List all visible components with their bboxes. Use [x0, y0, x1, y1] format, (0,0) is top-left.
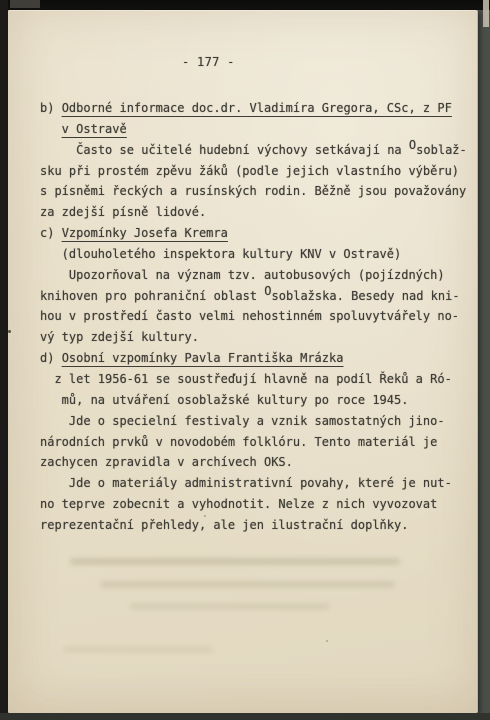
text-line: národních prvků v novodobém folklóru. Te… — [40, 432, 472, 453]
line-text: hou v prostředí často velmi nehostinném … — [40, 309, 459, 323]
text-line: zachycen zpravidla v archívech OKS. — [40, 452, 472, 473]
line-text: s písněmi řeckých a rusínských rodin. Bě… — [40, 184, 466, 198]
paper-speck — [204, 515, 206, 517]
scan-border-top — [0, 0, 490, 10]
line-text: Jde o materiály administrativní povahy, … — [69, 476, 452, 490]
text-line: s písněmi řeckých a rusínských rodin. Bě… — [40, 181, 472, 202]
text-line: za zdejší písně lidové. — [40, 202, 472, 223]
document-page: - 177 - b) Odborné informace doc.dr. Vla… — [8, 10, 477, 713]
text-line: z let 1956-61 se soustřeďují hlavně na p… — [40, 369, 472, 390]
line-text: knihoven pro pohraniční oblast Osoblažsk… — [40, 284, 460, 303]
line-text: zachycen zpravidla v archívech OKS. — [40, 455, 293, 469]
show-through-smudge — [130, 603, 330, 610]
line-text: no teprve zobecnit a vyhodnotit. Nelze z… — [40, 497, 437, 511]
line-text: (dlouholetého inspektora kultury KNV v O… — [62, 247, 402, 261]
text-line: Upozorňoval na význam tzv. autobusových … — [40, 265, 472, 286]
scan-border-bottom — [0, 713, 490, 720]
heading-line: v Ostravě — [40, 119, 472, 140]
heading-line: d) Osobní vzpomínky Pavla Františka Mráz… — [40, 348, 472, 369]
line-text: Upozorňoval na význam tzv. autobusových … — [69, 268, 445, 282]
show-through-smudge — [63, 646, 213, 653]
section-label: b) — [40, 101, 62, 115]
text-line: Jde o specielní festivaly a vznik samost… — [40, 411, 472, 432]
paper-speck — [326, 640, 328, 642]
line-text: reprezentační přehledy, ale jen ilustrač… — [40, 518, 408, 532]
line-text: sku při prostém zpěvu žáků (podle jejich… — [40, 164, 459, 178]
text-line: vý typ zdejší kultury. — [40, 327, 472, 348]
text-line: no teprve zobecnit a vyhodnotit. Nelze z… — [40, 494, 472, 515]
text-line: Jde o materiály administrativní povahy, … — [40, 473, 472, 494]
show-through-smudge — [70, 558, 400, 565]
line-text: v Ostravě — [62, 122, 127, 136]
raised-character: O — [264, 284, 271, 298]
page-number: - 177 - — [182, 52, 235, 73]
text-line: (dlouholetého inspektora kultury KNV v O… — [40, 244, 472, 265]
line-text: mů, na utváření osoblažské kultury po ro… — [62, 393, 409, 407]
text-line: sku při prostém zpěvu žáků (podle jejich… — [40, 161, 472, 182]
line-text: Často se učitelé hudební výchovy setkáva… — [76, 138, 467, 157]
line-text: vý typ zdejší kultury. — [40, 330, 199, 344]
typewritten-text-block: b) Odborné informace doc.dr. Vladimíra G… — [40, 98, 472, 536]
paper-speck — [8, 330, 11, 333]
adjacent-page-edge — [483, 0, 489, 27]
text-line: hou v prostředí často velmi nehostinném … — [40, 306, 472, 327]
section-label: c) — [40, 226, 62, 240]
scan-artifact-top-left — [10, 0, 40, 8]
line-text: z let 1956-61 se soustřeďují hlavně na p… — [54, 372, 451, 386]
text-line: mů, na utváření osoblažské kultury po ro… — [40, 390, 472, 411]
raised-character: O — [409, 138, 416, 152]
line-text: Osobní vzpomínky Pavla Františka Mrázka — [62, 351, 344, 365]
section-label: d) — [40, 351, 62, 365]
text-line: reprezentační přehledy, ale jen ilustrač… — [40, 515, 472, 536]
line-text: za zdejší písně lidové. — [40, 205, 206, 219]
scan-border-left — [0, 0, 8, 720]
text-line: knihoven pro pohraniční oblast Osoblažsk… — [40, 286, 472, 307]
line-text: národních prvků v novodobém folklóru. Te… — [40, 435, 437, 449]
line-text: Jde o specielní festivaly a vznik samost… — [69, 414, 445, 428]
heading-line: b) Odborné informace doc.dr. Vladimíra G… — [40, 98, 472, 119]
line-text: Odborné informace doc.dr. Vladimíra Greg… — [62, 101, 452, 115]
text-line: Často se učitelé hudební výchovy setkáva… — [40, 140, 472, 161]
line-text: Vzpomínky Josefa Kremra — [62, 226, 228, 240]
heading-line: c) Vzpomínky Josefa Kremra — [40, 223, 472, 244]
show-through-smudge — [100, 581, 395, 588]
